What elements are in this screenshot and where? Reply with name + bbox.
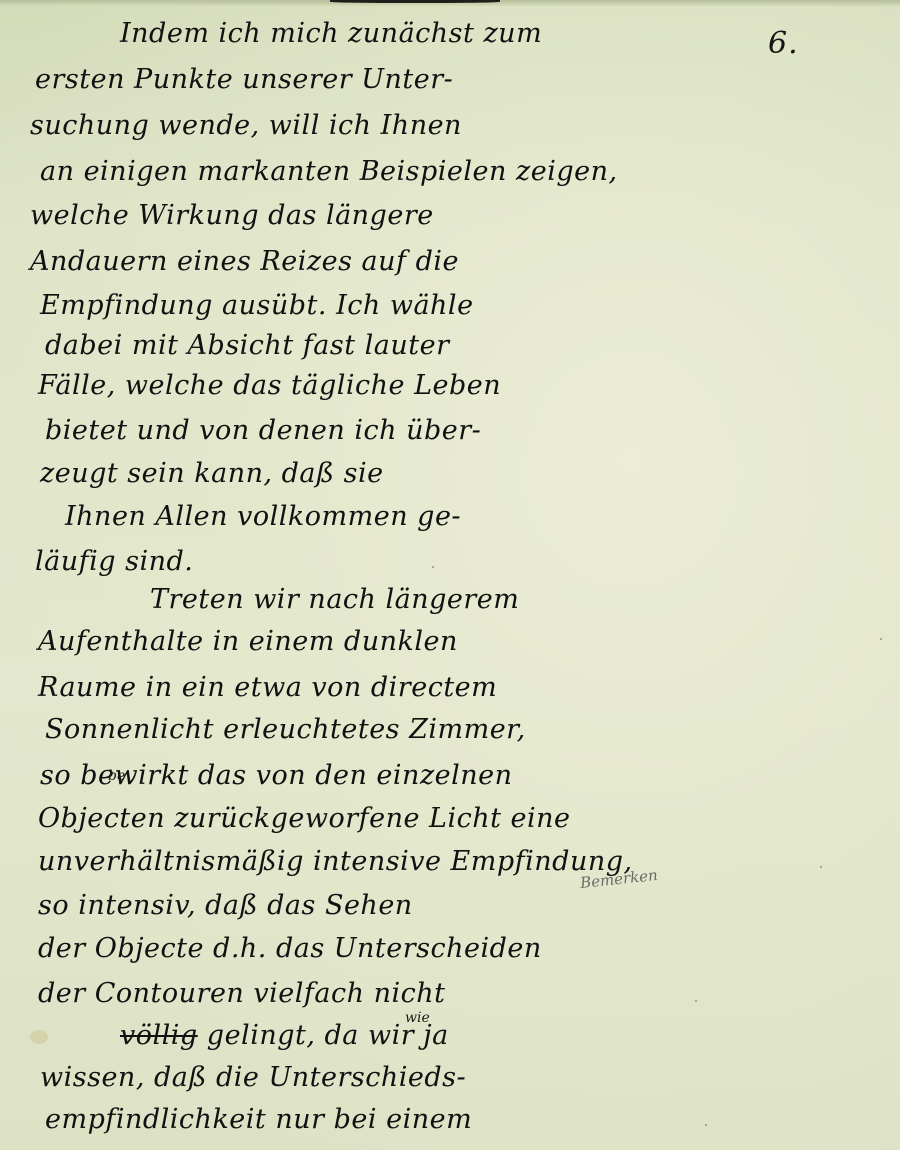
manuscript-line-text: unverhältnismäßig intensive Empfindung, — [38, 846, 633, 877]
manuscript-line-text: dabei mit Absicht fast lauter — [45, 330, 449, 361]
page-number: 6. — [768, 26, 799, 61]
manuscript-line: Raume in ein etwa von directem — [38, 672, 497, 703]
manuscript-line: bietet und von denen ich über- — [45, 415, 481, 446]
manuscript-line-text: bietet und von denen ich über- — [45, 415, 481, 446]
paper-speck — [68, 1113, 70, 1115]
manuscript-line-text: Fälle, welche das tägliche Leben — [38, 370, 501, 401]
manuscript-line: völlig gelingt, da wir ja — [120, 1020, 449, 1051]
manuscript-line-text: läufig sind. — [35, 546, 193, 577]
manuscript-line: läufig sind. — [35, 546, 193, 577]
manuscript-line-text: der Objecte d.h. das Unterscheiden — [38, 933, 542, 964]
manuscript-line: Objecten zurückgeworfene Licht eine — [38, 803, 571, 834]
manuscript-line: Treten wir nach längerem — [150, 584, 519, 615]
manuscript-line: dabei mit Absicht fast lauter — [45, 330, 449, 361]
manuscript-line-text: empfindlichkeit nur bei einem — [45, 1104, 472, 1135]
paper-stain — [30, 1030, 48, 1044]
struck-through-word: völlig — [120, 1020, 198, 1051]
manuscript-line: zeugt sein kann, daß sie — [40, 458, 384, 489]
interlinear-insertion-wie: wie — [405, 1010, 430, 1026]
manuscript-page: 6. Indem ich mich zunächst zumersten Pun… — [0, 0, 900, 1150]
manuscript-line: suchung wende, will ich Ihnen — [30, 110, 462, 141]
manuscript-line: Ihnen Allen vollkommen ge- — [65, 501, 461, 532]
manuscript-line: Andauern eines Reizes auf die — [30, 246, 459, 277]
manuscript-line: empfindlichkeit nur bei einem — [45, 1104, 472, 1135]
paper-speck — [705, 1124, 707, 1126]
manuscript-line: so intensiv, daß das Sehen — [38, 890, 413, 921]
manuscript-line-text: an einigen markanten Beispielen zeigen, — [40, 156, 618, 187]
manuscript-line: der Contouren vielfach nicht — [38, 978, 445, 1009]
manuscript-line: Empfindung ausübt. Ich wähle — [40, 290, 474, 321]
manuscript-line-text: Ihnen Allen vollkommen ge- — [65, 501, 461, 532]
paper-speck — [880, 638, 882, 640]
manuscript-line-text: zeugt sein kann, daß sie — [40, 458, 384, 489]
manuscript-line: welche Wirkung das längere — [30, 200, 434, 231]
manuscript-line: wissen, daß die Unterschieds- — [40, 1062, 466, 1093]
manuscript-line-text: Empfindung ausübt. Ich wähle — [40, 290, 474, 321]
manuscript-line-text: suchung wende, will ich Ihnen — [30, 110, 462, 141]
manuscript-line-text: Andauern eines Reizes auf die — [30, 246, 459, 277]
manuscript-line-text: Raume in ein etwa von directem — [38, 672, 497, 703]
manuscript-line-text: ersten Punkte unserer Unter- — [35, 64, 453, 95]
manuscript-line-text: der Contouren vielfach nicht — [38, 978, 445, 1009]
paper-speck — [432, 566, 434, 568]
binding-clip-shadow — [330, 0, 500, 3]
manuscript-line-text: welche Wirkung das längere — [30, 200, 434, 231]
manuscript-line-text: wissen, daß die Unterschieds- — [40, 1062, 466, 1093]
manuscript-line: Fälle, welche das tägliche Leben — [38, 370, 501, 401]
manuscript-line: unverhältnismäßig intensive Empfindung, — [38, 846, 633, 877]
manuscript-line: Indem ich mich zunächst zum — [120, 18, 542, 49]
interlinear-insertion-be: be — [108, 768, 125, 784]
manuscript-line-text: Objecten zurückgeworfene Licht eine — [38, 803, 571, 834]
manuscript-line: der Objecte d.h. das Unterscheiden — [38, 933, 542, 964]
manuscript-line: Aufenthalte in einem dunklen — [38, 626, 458, 657]
manuscript-line-text: Aufenthalte in einem dunklen — [38, 626, 458, 657]
paper-speck — [820, 866, 822, 868]
paper-speck — [695, 1000, 697, 1002]
manuscript-line: Sonnenlicht erleuchtetes Zimmer, — [45, 714, 526, 745]
manuscript-line-text: Sonnenlicht erleuchtetes Zimmer, — [45, 714, 526, 745]
manuscript-line: ersten Punkte unserer Unter- — [35, 64, 453, 95]
manuscript-line-text: Indem ich mich zunächst zum — [120, 18, 542, 49]
manuscript-line-text: so intensiv, daß das Sehen — [38, 890, 413, 921]
manuscript-line: an einigen markanten Beispielen zeigen, — [40, 156, 618, 187]
manuscript-line-text: Treten wir nach längerem — [150, 584, 519, 615]
